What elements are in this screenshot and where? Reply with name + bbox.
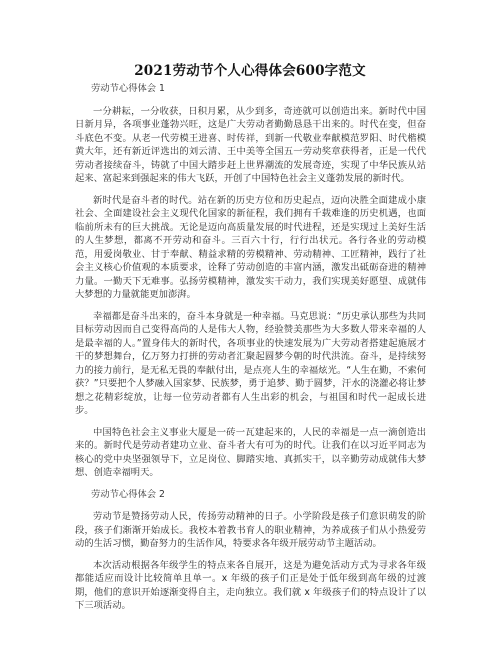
paragraph: 本次活动根据各年级学生的特点来各自展开，这是为避免活动方式为寻求各年级都能适应而… xyxy=(75,559,426,613)
document-body: 劳动节心得体会 1 一分耕耘，一分收获，日积月累，从少到多，奇迹就可以创造出来。… xyxy=(75,82,426,621)
paragraph: 中国特色社会主义事业大厦是一砖一瓦建起来的，人民的幸福是一点一滴创造出来的。新时… xyxy=(75,426,426,480)
paragraph: 新时代是奋斗者的时代。站在新的历史方位和历史起点，迈向决胜全面建成小康社会、全面… xyxy=(75,194,426,302)
section-heading: 劳动节心得体会 1 xyxy=(91,82,426,96)
paragraph: 一分耕耘，一分收获，日积月累，从少到多，奇迹就可以创造出来。新时代中国日新月异，… xyxy=(75,105,426,186)
paragraph: 幸福都是奋斗出来的，奋斗本身就是一种幸福。马克思说：“历史承认那些为共同目标劳动… xyxy=(75,310,426,418)
document-page: 2021劳动节个人心得体会600字范文 劳动节心得体会 1 一分耕耘，一分收获，… xyxy=(0,0,500,647)
section-heading: 劳动节心得体会 2 xyxy=(91,488,426,502)
paragraph: 劳动节是赞扬劳动人民，传扬劳动精神的日子。小学阶段是孩子们意识萌发的阶段，孩子们… xyxy=(75,510,426,551)
document-title: 2021劳动节个人心得体会600字范文 xyxy=(0,59,500,79)
